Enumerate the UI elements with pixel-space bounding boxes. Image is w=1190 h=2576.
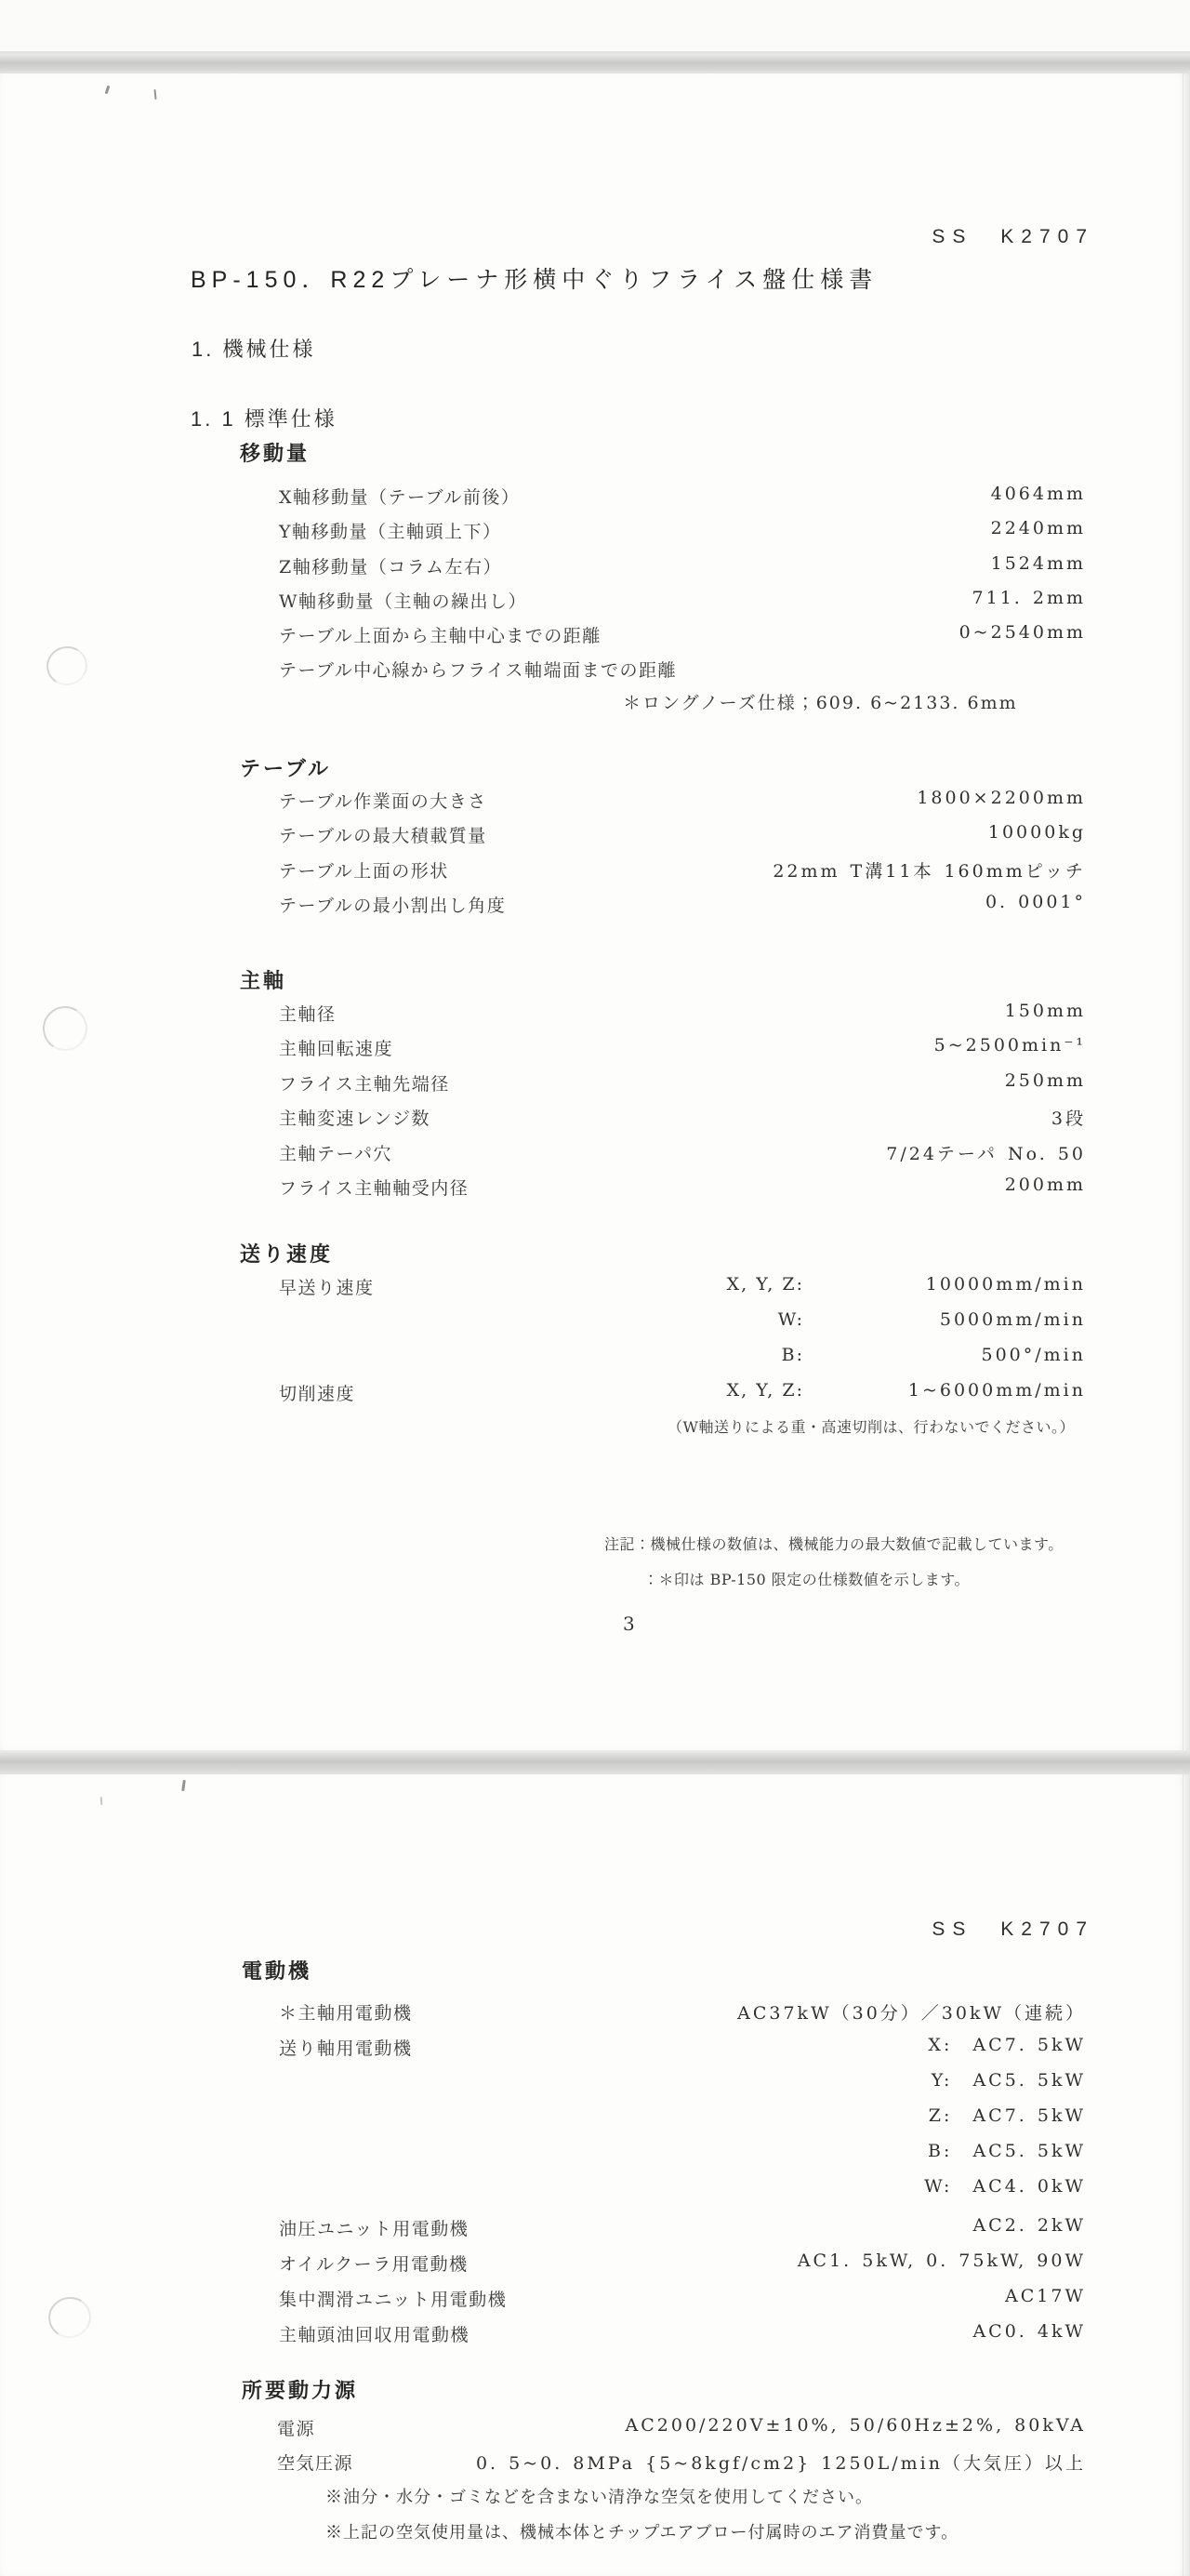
feed-caution-note: （W軸送りによる重・高速切削は、行わないでください。） <box>668 1415 1075 1437</box>
scan-speck <box>100 1797 103 1805</box>
spec-row-label: 主軸径 <box>279 1001 337 1026</box>
doc-code: SS K2707 <box>932 226 1094 248</box>
spec-row-value: W: AC4. 0kW <box>924 2176 1086 2197</box>
spec-row-value: B: AC5. 5kW <box>928 2141 1086 2161</box>
long-nose-note: ＊ロングノーズ仕様；609. 6~2133. 6mm <box>623 689 1018 714</box>
group-heading-table: テーブル <box>240 753 331 782</box>
air-note-2: ※上記の空気使用量は、機械本体とチップエアブロー付属時のエア消費量です。 <box>325 2519 959 2543</box>
spec-row-value: AC2. 2kW <box>972 2215 1086 2236</box>
spec-row-label: ＊主軸用電動機 <box>279 1999 413 2025</box>
footnote-2: ：＊印は BP-150 限定の仕様数値を示します。 <box>643 1568 970 1589</box>
spec-row-value: 200mm <box>1005 1175 1086 1195</box>
group-heading-motors: 電動機 <box>242 1956 311 1985</box>
spec-row-value: 250mm <box>1005 1070 1086 1091</box>
spec-row-value: 150mm <box>1005 1001 1086 1021</box>
spec-row-value: AC37kW（30分）／30kW（連続） <box>737 1999 1086 2025</box>
page-separator-middle <box>0 1750 1190 1774</box>
spec-row-label: テーブルの最大積載質量 <box>279 822 487 847</box>
axis-label: X, Y, Z: <box>727 1274 804 1295</box>
spec-row-label: テーブル中心線からフライス軸端面までの距離 <box>279 657 677 682</box>
spec-row-label: 切削速度 <box>279 1380 355 1405</box>
spec-row-value: 10000mm/min <box>926 1274 1086 1295</box>
scan-speck <box>153 89 156 100</box>
group-heading-feed: 送り速度 <box>240 1239 333 1268</box>
punch-hole <box>45 2293 95 2343</box>
axis-label: W: <box>778 1309 804 1330</box>
spec-row-value: AC200/220V±10%, 50/60Hz±2%, 80kVA <box>626 2415 1086 2436</box>
scan-speck <box>181 1780 186 1791</box>
spec-row-label: オイルクーラ用電動機 <box>279 2251 469 2276</box>
spec-page-1: SS K2707 BP-150．R22プレーナ形横中ぐりフライス盤仕様書 1. … <box>0 73 1190 1754</box>
punch-hole <box>43 643 91 689</box>
spec-row-value: 10000kg <box>988 822 1086 843</box>
doc-title: BP-150．R22プレーナ形横中ぐりフライス盤仕様書 <box>191 261 878 295</box>
spec-row-value: 5000mm/min <box>940 1309 1086 1330</box>
spec-page-2: SS K2707 電動機 ＊主軸用電動機 AC37kW（30分）／30kW（連続… <box>0 1774 1190 2576</box>
spec-row-label: フライス主軸先端径 <box>279 1070 450 1095</box>
spec-row-value: X: AC7. 5kW <box>928 2035 1086 2055</box>
spec-row-value: AC17W <box>1005 2286 1086 2306</box>
spec-row-value: 0. 0001° <box>985 892 1086 912</box>
scan-top-page-edge <box>0 0 1190 54</box>
doc-code: SS K2707 <box>932 1919 1094 1941</box>
spec-row-label: 電源 <box>277 2415 315 2440</box>
spec-row-value: 4064mm <box>991 484 1086 504</box>
spec-row-value: 500°/min <box>982 1345 1087 1365</box>
spec-row-label: 空気圧源 <box>277 2450 353 2475</box>
spec-row-value: 0~2540mm <box>959 622 1086 643</box>
spec-row-value: 3段 <box>1051 1105 1086 1130</box>
axis-label: X, Y, Z: <box>727 1380 804 1401</box>
spec-row-value: AC1. 5kW, 0. 75kW, 90W <box>798 2251 1086 2271</box>
spec-row-value: 711. 2mm <box>972 588 1086 608</box>
scanned-spec-document: { "page1": { "code": "SS K2707", "title"… <box>0 0 1190 2576</box>
spec-row-label: フライス主軸軸受内径 <box>279 1175 469 1200</box>
spec-row-label: 油圧ユニット用電動機 <box>279 2215 469 2240</box>
section-heading: 1. 機械仕様 <box>192 334 315 363</box>
spec-row-value: 7/24テーパ No. 50 <box>886 1140 1086 1165</box>
spec-row-value: 1~6000mm/min <box>908 1380 1086 1401</box>
group-heading-spindle: 主軸 <box>240 965 286 994</box>
page-separator-top <box>0 54 1190 73</box>
spec-row-label: テーブルの最小割出し角度 <box>279 892 506 917</box>
spec-row-label: テーブル上面から主軸中心までの距離 <box>279 622 602 647</box>
spec-row-label: 集中潤滑ユニット用電動機 <box>279 2286 507 2311</box>
spec-row-label: 主軸テーパ穴 <box>279 1140 392 1165</box>
spec-row-label: 主軸頭油回収用電動機 <box>279 2321 469 2346</box>
spec-row-label: Y軸移動量（主軸頭上下） <box>279 518 502 543</box>
spec-row-value: Y: AC5. 5kW <box>932 2070 1086 2091</box>
subsection-heading: 1. 1 標準仕様 <box>191 404 337 432</box>
page-number: 3 <box>623 1613 636 1635</box>
spec-row-value: 22mm T溝11本 160mmピッチ <box>773 857 1086 883</box>
spec-row-label: Z軸移動量（コラム左右） <box>279 553 502 578</box>
spec-row-label: 送り軸用電動機 <box>279 2035 413 2060</box>
spec-row-label: 主軸変速レンジ数 <box>279 1105 430 1130</box>
spec-row-value: Z: AC7. 5kW <box>929 2105 1086 2126</box>
spec-row-value: 5~2500min⁻¹ <box>934 1035 1086 1056</box>
scan-speck <box>105 86 111 94</box>
group-heading-power: 所要動力源 <box>242 2375 358 2404</box>
axis-label: B: <box>782 1345 804 1365</box>
spec-row-value: 1800×2200mm <box>917 788 1086 808</box>
footnote-1: 注記：機械仕様の数値は、機械能力の最大数値で記載しています。 <box>604 1533 1064 1554</box>
spec-row-label: テーブル作業面の大きさ <box>279 788 487 813</box>
spec-row-label: X軸移動量（テーブル前後） <box>279 484 520 509</box>
spec-row-label: W軸移動量（主軸の繰出し） <box>279 588 527 613</box>
spec-row-value: 2240mm <box>991 518 1086 538</box>
spec-row-value: 0. 5~0. 8MPa {5~8kgf/cm2} 1250L/min（大気圧）… <box>476 2450 1086 2475</box>
spec-row-value: 1524mm <box>991 553 1086 574</box>
spec-row-label: テーブル上面の形状 <box>279 857 449 883</box>
punch-hole <box>39 1003 92 1056</box>
spec-row-value: AC0. 4kW <box>972 2321 1086 2342</box>
spec-row-label: 早送り速度 <box>279 1274 375 1299</box>
group-heading-travel: 移動量 <box>240 438 310 467</box>
air-note-1: ※油分・水分・ゴミなどを含まない清浄な空気を使用してください。 <box>325 2484 873 2508</box>
spec-row-label: 主軸回転速度 <box>279 1035 393 1060</box>
